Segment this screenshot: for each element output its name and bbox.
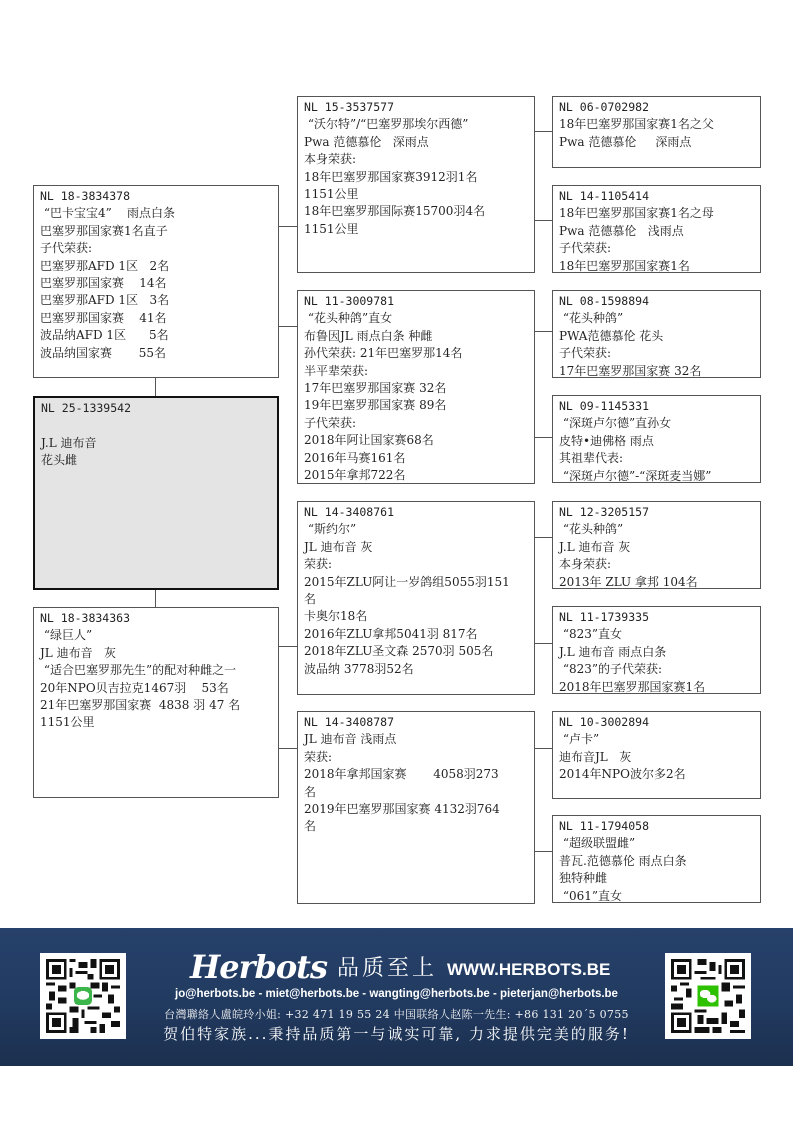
pedigree-line: 半平辈荣获: (304, 363, 528, 380)
pedigree-line: “卢卡” (559, 731, 754, 748)
pedigree-line: Pwa 范德慕伦 深雨点 (304, 134, 528, 151)
brand-slogan: 品质至上 (337, 954, 437, 984)
pedigree-line: “823”的子代荣获: (559, 661, 754, 678)
pedigree-line: 其祖辈代表: (559, 450, 754, 467)
pedigree-line: “沃尔特”/“巴塞罗那埃尔西德” (304, 116, 528, 133)
pedigree-line: 1151公里 (304, 186, 528, 203)
pedigree-line: 2018年拿邦国家赛 4058羽273 (304, 766, 528, 783)
connector-ss-top (535, 131, 552, 132)
pedigree-line: 18年巴塞罗那国家赛3912羽1名 (304, 169, 528, 186)
pedigree-ds-dam: NL 11-1739335 “823”直女J.L 迪布音 雨点白条 “823”的… (552, 606, 761, 694)
pedigree-line: 迪布音JL 灰 (559, 749, 754, 766)
pedigree-line: 荣获: (304, 749, 528, 766)
pedigree-line: “823”直女 (559, 626, 754, 643)
pedigree-line: 18年巴塞罗那国家赛1名之母 (559, 205, 754, 222)
pedigree-line: 波品纳 3778羽52名 (304, 661, 528, 678)
pedigree-line: 2016年马赛161名 (304, 450, 528, 467)
wechat-qr-code-icon (665, 953, 751, 1039)
pedigree-line: 1151公里 (304, 221, 528, 238)
pedigree-dam: NL 18-3834363 “绿巨人”JL 迪布音 灰 “适合巴塞罗那先生”的配… (33, 607, 279, 798)
herbots-logo: Herbots (190, 950, 327, 984)
pedigree-line: “深斑卢尔德”直孙女 (559, 415, 754, 432)
pedigree-line: 2015年拿邦722名 (304, 467, 528, 484)
pedigree-line: 名 (304, 784, 528, 801)
ring-number: NL 14-3408787 (304, 714, 528, 731)
pedigree-line: 巴塞罗那AFD 1区 2名 (40, 258, 272, 275)
pedigree-line: 独特种雌 (559, 870, 754, 887)
pedigree-line: 2019年巴塞罗那国家赛 4132羽764 (304, 801, 528, 818)
pedigree-line: 巴塞罗那国家赛 41名 (40, 310, 272, 327)
pedigree-line: 普瓦.范德慕伦 雨点白条 (559, 853, 754, 870)
connector-sd-top (535, 331, 552, 332)
pedigree-line: 20年NPO贝吉拉克1467羽 53名 (40, 680, 272, 697)
pedigree-dd-sire: NL 10-3002894 “卢卡”迪布音JL 灰2014年NPO波尔多2名 (552, 711, 761, 799)
pedigree-line: PWA范德慕伦 花头 (559, 328, 754, 345)
pedigree-sd-sire: NL 08-1598894 “花头种鸽”PWA范德慕伦 花头子代荣获:17年巴塞… (552, 290, 761, 378)
pedigree-line: 2018年ZLU圣文森 2570羽 505名 (304, 643, 528, 660)
pedigree-sd-dam: NL 09-1145331 “深斑卢尔德”直孙女皮特•迪佛格 雨点其祖辈代表: … (552, 395, 761, 483)
pedigree-line: “巴卡宝宝4” 雨点白条 (40, 205, 272, 222)
ring-number: NL 11-1794058 (559, 818, 754, 835)
pedigree-line: 2018年巴塞罗那国家赛1名 (559, 679, 754, 696)
pedigree-line: 子代荣获: (559, 240, 754, 257)
pedigree-line: “花头种鸽” (559, 310, 754, 327)
pedigree-line: 巴塞罗那国家赛 14名 (40, 275, 272, 292)
pedigree-line: 孙代荣获: 21年巴塞罗那14名 (304, 345, 528, 362)
ring-number: NL 18-3834363 (40, 610, 272, 627)
pedigree-dam-dam: NL 14-3408787JL 迪布音 浅雨点荣获:2018年拿邦国家赛 405… (297, 711, 535, 904)
pedigree-line: 波品纳国家赛 55名 (40, 345, 272, 362)
connector-dd-top (535, 748, 552, 749)
pedigree-line: 21年巴塞罗那国家赛 4838 羽 47 名 (40, 697, 272, 714)
pedigree-line: “适合巴塞罗那先生”的配对种雌之一 (40, 662, 272, 679)
pedigree-line: 巴塞罗那AFD 1区 3名 (40, 292, 272, 309)
website-link[interactable]: WWW.HERBOTS.BE (447, 956, 610, 984)
footer-banner: Herbots 品质至上 WWW.HERBOTS.BE jo@herbots.b… (0, 928, 793, 1066)
ring-number: NL 25-1339542 (41, 400, 271, 417)
ring-number: NL 12-3205157 (559, 504, 754, 521)
pedigree-line: 1151公里 (40, 714, 272, 731)
pedigree-line: JL 迪布音 灰 (304, 539, 528, 556)
pedigree-line: J.L 迪布音 雨点白条 (559, 644, 754, 661)
pedigree-line: 皮特•迪佛格 雨点 (559, 433, 754, 450)
pedigree-sire-sire: NL 15-3537577 “沃尔特”/“巴塞罗那埃尔西德”Pwa 范德慕伦 深… (297, 96, 535, 273)
pedigree-ss-sire: NL 06-070298218年巴塞罗那国家赛1名之父Pwa 范德慕伦 深雨点 (552, 96, 761, 168)
pedigree-line: “花头种鸽”直女 (304, 310, 528, 327)
pedigree-line: “花头种鸽” (559, 521, 754, 538)
connector-ds-bottom (535, 643, 552, 644)
pedigree-line: “绿巨人” (40, 627, 272, 644)
pedigree-line: 卡奥尔18名 (304, 608, 528, 625)
pedigree-line: 本身荣获: (304, 151, 528, 168)
ring-number: NL 15-3537577 (304, 99, 528, 116)
pedigree-line: J.L 迪布音 (41, 435, 271, 452)
ring-number: NL 11-1739335 (559, 609, 754, 626)
pedigree-line: 名 (304, 818, 528, 835)
pedigree-line: Pwa 范德慕伦 深雨点 (559, 134, 754, 151)
connector-ds-top (535, 537, 552, 538)
ring-number: NL 08-1598894 (559, 293, 754, 310)
pedigree-dam-sire: NL 14-3408761 “斯约尔”JL 迪布音 灰荣获:2015年ZLU阿让… (297, 501, 535, 695)
pedigree-line: 2014年NPO波尔多2名 (559, 766, 754, 783)
pedigree-sire: NL 18-3834378 “巴卡宝宝4” 雨点白条巴塞罗那国家赛1名直子子代荣… (33, 185, 279, 378)
pedigree-line: 子代荣获: (40, 240, 272, 257)
pedigree-ds-sire: NL 12-3205157 “花头种鸽”J.L 迪布音 灰本身荣获:2013年 … (552, 501, 761, 589)
pedigree-line: 18年巴塞罗那国家赛1名之父 (559, 116, 754, 133)
pedigree-line: “061”直女 (559, 888, 754, 905)
pedigree-line: 2018年阿让国家赛68名 (304, 432, 528, 449)
pedigree-line: 17年巴塞罗那国家赛 32名 (559, 363, 754, 380)
pedigree-line: 花头雌 (41, 452, 271, 469)
pedigree-line: 荣获: (304, 556, 528, 573)
ring-number: NL 11-3009781 (304, 293, 528, 310)
brand-row: Herbots 品质至上 WWW.HERBOTS.BE (190, 948, 630, 984)
pedigree-line: 2016年ZLU拿邦5041羽 817名 (304, 626, 528, 643)
pedigree-sire-dam: NL 11-3009781 “花头种鸽”直女布鲁因JL 雨点白条 种雌孙代荣获:… (297, 290, 535, 484)
pedigree-line: JL 迪布音 浅雨点 (304, 731, 528, 748)
ring-number: NL 18-3834378 (40, 188, 272, 205)
connector-dd-bottom (535, 851, 552, 852)
connector-sire-right-2 (279, 326, 297, 327)
pedigree-dd-dam: NL 11-1794058 “超级联盟雌”普瓦.范德慕伦 雨点白条独特种雌 “0… (552, 815, 761, 903)
pedigree-subject: NL 25-1339542J.L 迪布音花头雌 (33, 396, 279, 590)
pedigree-line: “深斑卢尔德”-“深斑麦当娜” (559, 468, 754, 485)
connector-subject-dam (155, 590, 156, 607)
pedigree-line: 名 (304, 591, 528, 608)
pedigree-line: 18年巴塞罗那国家赛1名 (559, 258, 754, 275)
pedigree-line: 2015年ZLU阿让一岁鸽组5055羽151 (304, 574, 528, 591)
pedigree-line (41, 417, 271, 434)
connector-sd-bottom (535, 437, 552, 438)
pedigree-line: 19年巴塞罗那国家赛 89名 (304, 397, 528, 414)
ring-number: NL 06-0702982 (559, 99, 754, 116)
pedigree-line: “超级联盟雌” (559, 835, 754, 852)
pedigree-line: JL 迪布音 灰 (40, 645, 272, 662)
connector-sire-right (279, 226, 297, 227)
pedigree-line: 波品纳AFD 1区 5名 (40, 327, 272, 344)
pedigree-line: “斯约尔” (304, 521, 528, 538)
ring-number: NL 09-1145331 (559, 398, 754, 415)
pedigree-line: 本身荣获: (559, 556, 754, 573)
pedigree-line: 17年巴塞罗那国家赛 32名 (304, 380, 528, 397)
connector-dam-right-2 (279, 748, 297, 749)
pedigree-line: 18年巴塞罗那国际赛15700羽4名 (304, 203, 528, 220)
pedigree-line: 2013年 ZLU 拿邦 104名 (559, 574, 754, 591)
connector-dam-right (279, 646, 297, 647)
connector-subject-sire (155, 378, 156, 396)
pedigree-ss-dam: NL 14-110541418年巴塞罗那国家赛1名之母Pwa 范德慕伦 浅雨点子… (552, 185, 761, 273)
pedigree-line: Pwa 范德慕伦 浅雨点 (559, 223, 754, 240)
pedigree-line: 布鲁因JL 雨点白条 种雌 (304, 328, 528, 345)
connector-ss-bottom (535, 220, 552, 221)
ring-number: NL 10-3002894 (559, 714, 754, 731)
pedigree-line: J.L 迪布音 灰 (559, 539, 754, 556)
ring-number: NL 14-1105414 (559, 188, 754, 205)
pedigree-line: 巴塞罗那国家赛1名直子 (40, 223, 272, 240)
pedigree-line: 子代荣获: (559, 345, 754, 362)
ring-number: NL 14-3408761 (304, 504, 528, 521)
pedigree-line: 子代荣获: (304, 415, 528, 432)
